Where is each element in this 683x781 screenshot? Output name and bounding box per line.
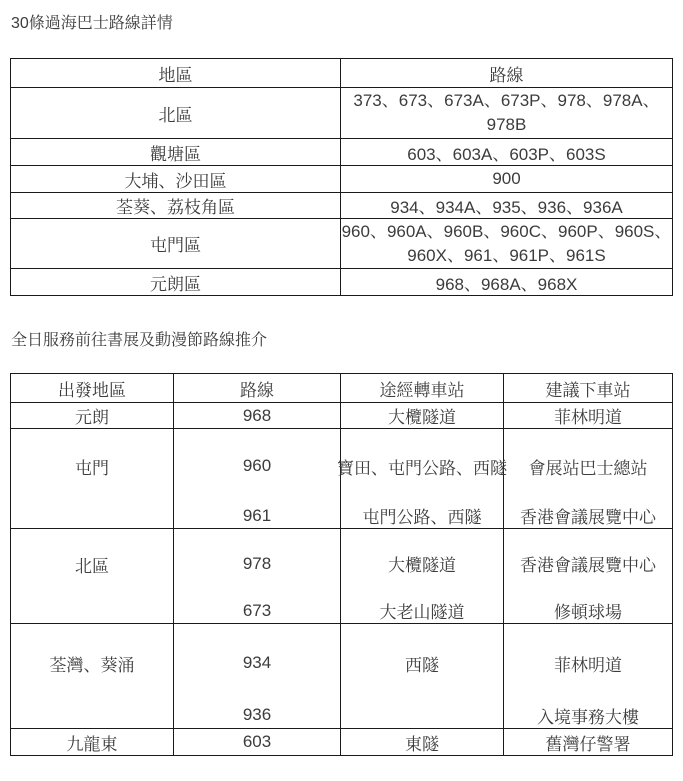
alight-cell: 菲林明道 入境事務大樓 [504,624,673,729]
origin-cell: 元朗 [11,403,174,429]
district-cell: 觀塘區 [11,139,341,166]
routes-line: 960X、961、961P、961S [341,244,672,268]
route-text: 936 [174,702,340,728]
table2-header-interchange: 途經轉車站 [341,374,504,403]
table1-header-row: 地區 路線 [11,59,673,88]
origin-cell: 北區 [11,529,174,624]
routes-cell: 968、968A、968X [341,269,673,296]
table-row: 元朗區 968、968A、968X [11,269,673,296]
alight-text: 香港會議展覽中心 [504,551,672,576]
district-cell: 元朗區 [11,269,341,296]
cross-harbour-routes-table: 地區 路線 北區 373、673、673A、673P、978、978A、 978… [10,58,673,296]
route-cell: 603 [174,729,341,756]
routes-cell: 934、934A、935、936、936A [341,193,673,219]
alight-text: 入境事務大樓 [504,702,672,728]
table2-header-row: 出發地區 路線 途經轉車站 建議下車站 [11,374,673,403]
interchange-cell: 大欖隧道 大老山隧道 [341,529,504,624]
district-cell: 北區 [11,88,341,139]
table-row: 荃葵、荔枝角區 934、934A、935、936、936A [11,193,673,219]
origin-text: 荃灣、葵涌 [11,650,173,676]
table-row: 北區 978 673 大欖隧道 大老山隧道 香港會議展覽中心 修頓球場 [11,529,673,624]
origin-cell: 九龍東 [11,729,174,756]
table-row: 九龍東 603 東隧 舊灣仔警署 [11,729,673,756]
interchange-text: 屯門公路、西隧 [341,503,503,528]
alight-cell: 菲林明道 [504,403,673,429]
routes-cell: 960、960A、960B、960C、960P、960S、 960X、961、9… [341,219,673,269]
table-row: 荃灣、葵涌 934 936 西隧 菲林明道 入境事務大樓 [11,624,673,729]
interchange-text: 寶田、屯門公路、西隧 [341,454,503,479]
interchange-text: 西隧 [341,650,503,676]
interchange-text: 大欖隧道 [341,551,503,576]
table-row: 屯門 960 961 寶田、屯門公路、西隧 屯門公路、西隧 會展站巴士總站 香港… [11,429,673,529]
routes-cell: 900 [341,166,673,193]
origin-text: 北區 [11,552,173,577]
routes-line: 960、960A、960B、960C、960P、960S、 [341,220,672,244]
alight-text: 菲林明道 [504,650,672,676]
interchange-cell: 西隧 [341,624,504,729]
route-cell: 978 673 [174,529,341,624]
routes-line: 373、673、673A、673P、978、978A、 [341,89,672,113]
origin-cell: 屯門 [11,429,174,529]
table-row: 大埔、沙田區 900 [11,166,673,193]
table2-header-route: 路線 [174,374,341,403]
interchange-text: 大老山隧道 [341,598,503,623]
table-row: 北區 373、673、673A、673P、978、978A、 978B [11,88,673,139]
table2-header-alight: 建議下車站 [504,374,673,403]
table-row: 元朗 968 大欖隧道 菲林明道 [11,403,673,429]
table2-header-origin: 出發地區 [11,374,174,403]
route-text: 934 [174,650,340,676]
table1-header-district: 地區 [11,59,341,88]
table-row: 屯門區 960、960A、960B、960C、960P、960S、 960X、9… [11,219,673,269]
interchange-cell: 大欖隧道 [341,403,504,429]
interchange-cell: 東隧 [341,729,504,756]
alight-cell: 會展站巴士總站 香港會議展覽中心 [504,429,673,529]
book-fair-routes-table: 出發地區 路線 途經轉車站 建議下車站 元朗 968 大欖隧道 菲林明道 屯門 … [10,373,673,756]
route-text: 673 [174,600,340,624]
route-cell: 934 936 [174,624,341,729]
interchange-text [341,702,503,728]
table-row: 觀塘區 603、603A、603P、603S [11,139,673,166]
alight-cell: 香港會議展覽中心 修頓球場 [504,529,673,624]
origin-cell: 荃灣、葵涌 [11,624,174,729]
alight-text: 會展站巴士總站 [504,454,672,479]
district-cell: 大埔、沙田區 [11,166,341,193]
routes-line: 978B [341,113,672,137]
district-cell: 屯門區 [11,219,341,269]
section-title-cross-harbour-details: 30條過海巴士路線詳情 [11,10,173,33]
section-title-all-day-service: 全日服務前往書展及動漫節路線推介 [11,327,267,350]
route-text: 978 [174,553,340,577]
district-cell: 荃葵、荔枝角區 [11,193,341,219]
table1-header-routes: 路線 [341,59,673,88]
routes-cell: 373、673、673A、673P、978、978A、 978B [341,88,673,139]
alight-cell: 舊灣仔警署 [504,729,673,756]
route-text: 960 [174,454,340,479]
alight-text: 修頓球場 [504,598,672,623]
route-text: 961 [174,503,340,528]
route-cell: 968 [174,403,341,429]
routes-cell: 603、603A、603P、603S [341,139,673,166]
interchange-cell: 寶田、屯門公路、西隧 屯門公路、西隧 [341,429,504,529]
origin-text: 屯門 [11,454,173,479]
alight-text: 香港會議展覽中心 [504,503,672,528]
route-cell: 960 961 [174,429,341,529]
